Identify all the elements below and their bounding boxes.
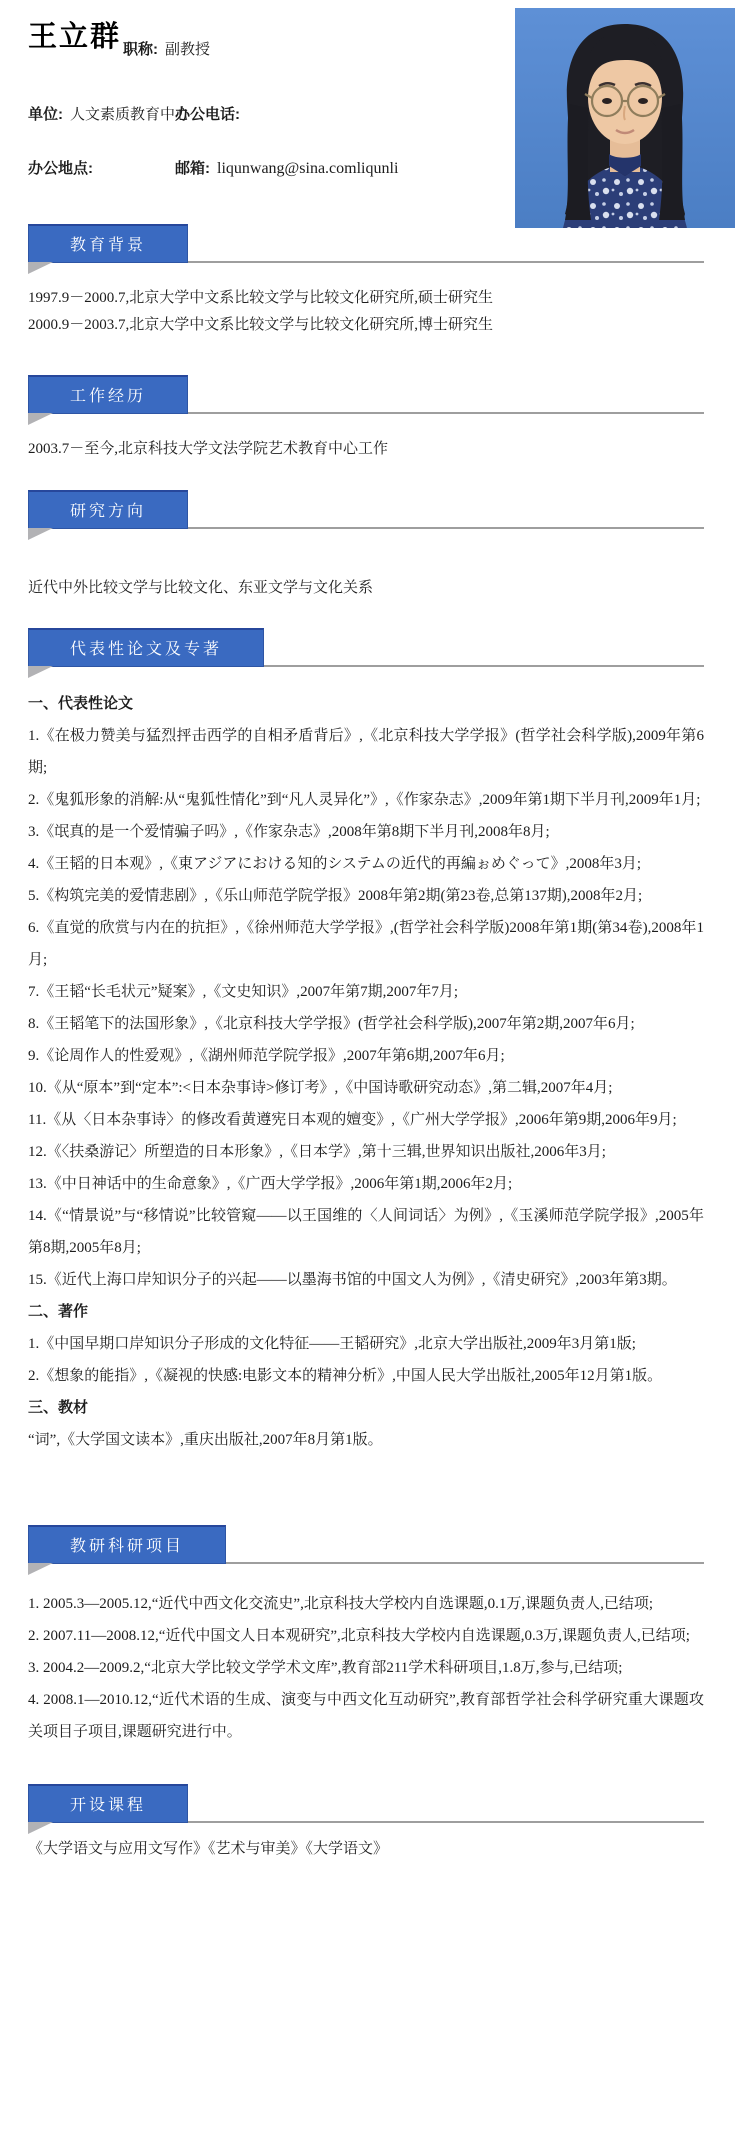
- entry-text: 6.《直觉的欣赏与内在的抗拒》,《徐州师范大学学报》,(哲学社会科学版)2008…: [28, 912, 704, 976]
- section-header: 教研科研项目: [28, 1525, 704, 1564]
- unit-field: 单位:人文素质教育中心: [28, 103, 190, 124]
- section-title-badge: 开设课程: [28, 1784, 188, 1823]
- fold-corner-icon: [28, 1563, 53, 1575]
- section-title: 研究方向: [70, 503, 146, 520]
- subsection-heading: 三、教材: [28, 1392, 704, 1424]
- section-body: 2003.7－至今,北京科技大学文法学院艺术教育中心工作: [28, 436, 704, 463]
- section-body: 近代中外比较文学与比较文化、东亚文学与文化关系: [28, 575, 704, 602]
- entry-text: 2003.7－至今,北京科技大学文法学院艺术教育中心工作: [28, 436, 704, 463]
- section-header: 开设课程: [28, 1784, 704, 1823]
- section-title-badge: 工作经历: [28, 375, 188, 414]
- entry-text: 4. 2008.1—2010.12,“近代术语的生成、演变与中西文化互动研究”,…: [28, 1684, 704, 1748]
- office-field: 办公地点:: [28, 157, 100, 178]
- entry-text: 1997.9－2000.7,北京大学中文系比较文学与比较文化研究所,硕士研究生: [28, 285, 704, 312]
- section-header: 工作经历: [28, 375, 704, 414]
- entry-text: 1. 2005.3—2005.12,“近代中西文化交流史”,北京科技大学校内自选…: [28, 1588, 704, 1620]
- fold-corner-icon: [28, 666, 53, 678]
- section-body: 1. 2005.3—2005.12,“近代中西文化交流史”,北京科技大学校内自选…: [28, 1588, 704, 1748]
- section-body: 1997.9－2000.7,北京大学中文系比较文学与比较文化研究所,硕士研究生2…: [28, 285, 704, 339]
- section-title: 教育背景: [70, 237, 146, 254]
- entry-text: 2.《鬼狐形象的消解:从“鬼狐性情化”到“凡人灵异化”》,《作家杂志》,2009…: [28, 784, 704, 816]
- email-value: liqunwang@sina.comliqunli: [217, 160, 398, 177]
- entry-text: 2.《想象的能指》,《凝视的快感:电影文本的精神分析》,中国人民大学出版社,20…: [28, 1360, 704, 1392]
- section-title: 代表性论文及专著: [70, 641, 222, 658]
- section-research: 研究方向近代中外比较文学与比较文化、东亚文学与文化关系: [28, 490, 704, 602]
- sections-root: 教育背景1997.9－2000.7,北京大学中文系比较文学与比较文化研究所,硕士…: [0, 224, 738, 1891]
- entry-text: 13.《中日神话中的生命意象》,《广西大学学报》,2006年第1期,2006年2…: [28, 1168, 704, 1200]
- section-title-badge: 教研科研项目: [28, 1525, 226, 1564]
- section-rule: [264, 665, 704, 667]
- section-body: 《大学语文与应用文写作》《艺术与审美》《大学语文》: [28, 1836, 704, 1863]
- phone-field: 办公电话:: [175, 103, 247, 124]
- subsection-heading: 二、著作: [28, 1296, 704, 1328]
- section-work: 工作经历2003.7－至今,北京科技大学文法学院艺术教育中心工作: [28, 375, 704, 463]
- fold-corner-icon: [28, 528, 53, 540]
- phone-label: 办公电话:: [175, 106, 240, 123]
- entry-text: 15.《近代上海口岸知识分子的兴起——以墨海书馆的中国文人为例》,《清史研究》,…: [28, 1264, 704, 1296]
- section-header: 教育背景: [28, 224, 704, 263]
- entry-text: 4.《王韬的日本观》,《東アジアにおける知的システムの近代的再編ぉめぐって》,2…: [28, 848, 704, 880]
- entry-text: 10.《从“原本”到“定本”:<日本杂事诗>修订考》,《中国诗歌研究动态》,第二…: [28, 1072, 704, 1104]
- section-title: 教研科研项目: [70, 1538, 184, 1555]
- section-title-badge: 代表性论文及专著: [28, 628, 264, 667]
- entry-text: 14.《“情景说”与“移情说”比较管窥——以王国维的〈人间词话〉为例》,《玉溪师…: [28, 1200, 704, 1264]
- section-title: 工作经历: [70, 388, 146, 405]
- title-label: 职称:: [123, 41, 158, 58]
- office-label: 办公地点:: [28, 160, 93, 177]
- section-papers: 代表性论文及专著一、代表性论文1.《在极力赞美与猛烈抨击西学的自相矛盾背后》,《…: [28, 628, 704, 1456]
- fold-corner-icon: [28, 262, 53, 274]
- id-photo-illustration: [515, 8, 735, 228]
- section-title: 开设课程: [70, 1797, 146, 1814]
- faculty-name: 王立群: [28, 14, 121, 55]
- fold-corner-icon: [28, 413, 53, 425]
- section-title-badge: 研究方向: [28, 490, 188, 529]
- entry-text: “词”,《大学国文读本》,重庆出版社,2007年8月第1版。: [28, 1424, 704, 1456]
- entry-text: 1.《在极力赞美与猛烈抨击西学的自相矛盾背后》,《北京科技大学学报》(哲学社会科…: [28, 720, 704, 784]
- faculty-profile-page: 王立群 职称:副教授 单位:人文素质教育中心 办公电话: 办公地点: 邮箱:li…: [0, 0, 738, 2138]
- entry-text: 2000.9－2003.7,北京大学中文系比较文学与比较文化研究所,博士研究生: [28, 312, 704, 339]
- email-field: 邮箱:liqunwang@sina.comliqunli: [175, 157, 398, 178]
- unit-label: 单位:: [28, 106, 63, 123]
- section-rule: [188, 527, 704, 529]
- section-rule: [188, 1821, 704, 1823]
- section-education: 教育背景1997.9－2000.7,北京大学中文系比较文学与比较文化研究所,硕士…: [28, 224, 704, 339]
- entry-text: 12.《〈扶桑游记〉所塑造的日本形象》,《日本学》,第十三辑,世界知识出版社,2…: [28, 1136, 704, 1168]
- entry-text: 2. 2007.11—2008.12,“近代中国文人日本观研究”,北京科技大学校…: [28, 1620, 704, 1652]
- entry-text: 近代中外比较文学与比较文化、东亚文学与文化关系: [28, 575, 704, 602]
- section-header: 研究方向: [28, 490, 704, 529]
- section-title-badge: 教育背景: [28, 224, 188, 263]
- entry-text: 3.《氓真的是一个爱情骗子吗》,《作家杂志》,2008年第8期下半月刊,2008…: [28, 816, 704, 848]
- fold-corner-icon: [28, 1822, 53, 1834]
- section-body: 一、代表性论文1.《在极力赞美与猛烈抨击西学的自相矛盾背后》,《北京科技大学学报…: [28, 688, 704, 1456]
- section-projects: 教研科研项目1. 2005.3—2005.12,“近代中西文化交流史”,北京科技…: [28, 1525, 704, 1748]
- entry-text: 5.《构筑完美的爱情悲剧》,《乐山师范学院学报》2008年第2期(第23卷,总第…: [28, 880, 704, 912]
- section-rule: [188, 261, 704, 263]
- entry-text: 11.《从〈日本杂事诗〉的修改看黄遵宪日本观的嬗变》,《广州大学学报》,2006…: [28, 1104, 704, 1136]
- section-courses: 开设课程《大学语文与应用文写作》《艺术与审美》《大学语文》: [28, 1784, 704, 1863]
- entry-text: 1.《中国早期口岸知识分子形成的文化特征——王韬研究》,北京大学出版社,2009…: [28, 1328, 704, 1360]
- entry-text: 《大学语文与应用文写作》《艺术与审美》《大学语文》: [28, 1836, 704, 1863]
- entry-text: 7.《王韬“长毛状元”疑案》,《文史知识》,2007年第7期,2007年7月;: [28, 976, 704, 1008]
- title-row: 职称:副教授: [123, 38, 210, 59]
- title-value: 副教授: [165, 41, 210, 58]
- section-rule: [188, 412, 704, 414]
- section-header: 代表性论文及专著: [28, 628, 704, 667]
- unit-value: 人文素质教育中心: [70, 106, 190, 123]
- entry-text: 8.《王韬笔下的法国形象》,《北京科技大学学报》(哲学社会科学版),2007年第…: [28, 1008, 704, 1040]
- entry-text: 9.《论周作人的性爱观》,《湖州师范学院学报》,2007年第6期,2007年6月…: [28, 1040, 704, 1072]
- subsection-heading: 一、代表性论文: [28, 688, 704, 720]
- profile-photo: [515, 8, 735, 228]
- email-label: 邮箱:: [175, 160, 210, 177]
- entry-text: 3. 2004.2—2009.2,“北京大学比较文学学术文库”,教育部211学术…: [28, 1652, 704, 1684]
- profile-header: 王立群 职称:副教授 单位:人文素质教育中心 办公电话: 办公地点: 邮箱:li…: [0, 0, 738, 224]
- section-rule: [226, 1562, 704, 1564]
